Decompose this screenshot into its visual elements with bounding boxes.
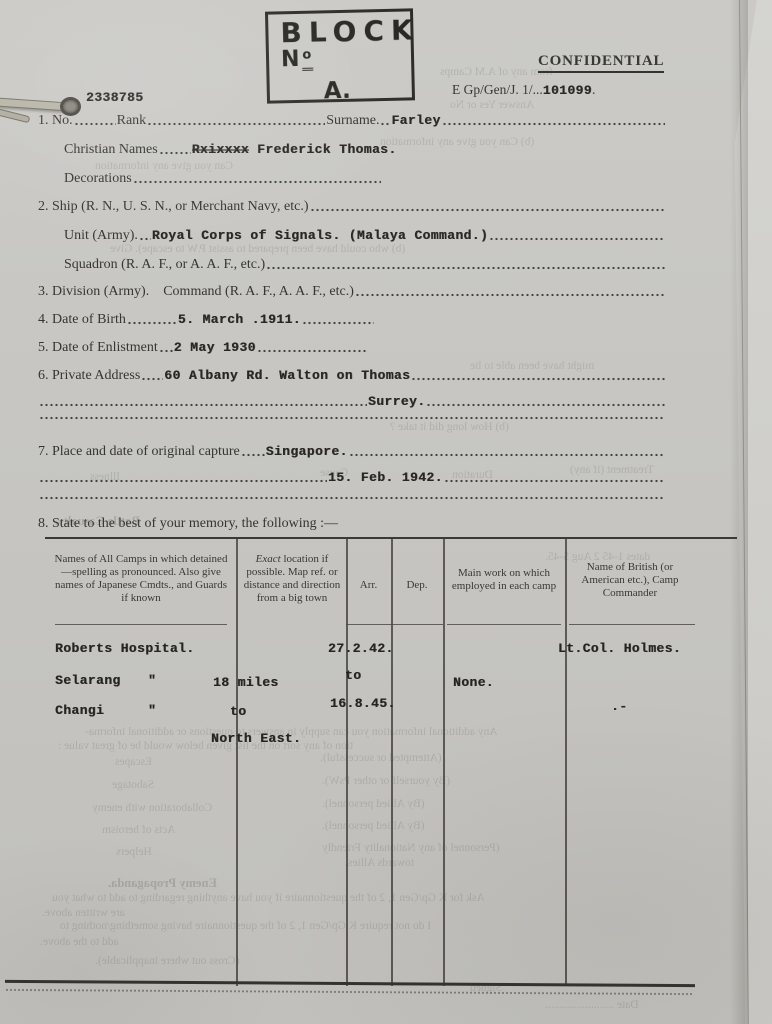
ditto-mark: " (148, 673, 156, 688)
table-column-divider (236, 539, 238, 986)
header-underline (447, 624, 561, 625)
commander-mark-entry: .- (611, 699, 627, 714)
location-entry: North East. (211, 731, 301, 746)
dotted-leader (349, 452, 665, 457)
bleed-through-text: from any of A.M Camps (440, 66, 553, 78)
dotted-leader (39, 495, 665, 500)
stamp-no-abbrev: No (281, 45, 412, 78)
bleed-through-text: Date ........................ (545, 999, 639, 1011)
form-line-name: 1. No. Rank Surname. Farley (38, 112, 666, 129)
blank-dotted-line (38, 415, 666, 423)
private-address-value: 60 Albany Rd. Walton on Thomas (164, 367, 410, 384)
file-reference: E Gp/Gen/J. 1/... 101099 . (452, 82, 595, 98)
dotted-leader (39, 478, 327, 483)
dotted-leader (141, 376, 163, 381)
date-of-birth-label: 4. Date of Birth (38, 311, 126, 328)
dotted-leader (302, 320, 374, 325)
departure-date-entry: 16.8.45. (330, 696, 396, 711)
capture-place-value: Singapore. (266, 443, 348, 460)
dotted-leader (39, 402, 367, 407)
address-county-value: Surrey. (368, 393, 425, 410)
surname-label: Surname. (326, 112, 379, 129)
dotted-leader (241, 452, 265, 457)
form-line-capture-date: 15. Feb. 1942. (38, 469, 666, 486)
dotted-leader (380, 121, 390, 126)
christian-names-label: Christian Names (64, 141, 158, 158)
capture-date-value: 15. Feb. 1942. (328, 469, 443, 486)
unit-label: Unit (Army). (64, 227, 138, 244)
confidential-marking: CONFIDENTIAL (538, 53, 664, 73)
dotted-leader (159, 348, 173, 353)
camp-name-entry: Selarang (55, 673, 121, 688)
table-header-arrived: Arr. (346, 579, 391, 592)
header-underline (569, 624, 695, 625)
dotted-leader (310, 207, 666, 212)
dotted-leader (127, 320, 177, 325)
no-label: 1. No. (38, 112, 73, 129)
table-column-divider (443, 539, 445, 986)
question-8-heading: 8. State to the best of your memory, the… (38, 515, 666, 532)
dotted-leader (442, 121, 665, 126)
location-entry: to (230, 704, 246, 719)
dotted-leader (39, 415, 665, 420)
exact-emphasis: Exact (256, 553, 281, 565)
bleed-through-text: (b) who could have been prepared to assi… (110, 243, 405, 255)
camps-table: Names of All Camps in which detained—spe… (45, 537, 737, 986)
camp-commander-entry: Lt.Col. Holmes. (558, 641, 681, 656)
division-label: 3. Division (Army). (38, 283, 149, 300)
form-line-private-address: 6. Private Address 60 Albany Rd. Walton … (38, 367, 666, 384)
service-number: 2338785 (86, 90, 143, 105)
form-line-decorations: Decorations (64, 170, 666, 187)
block-number-stamp: BLOCK No A. (265, 8, 415, 103)
blank-dotted-line (38, 495, 666, 503)
form-line-capture: 7. Place and date of original capture Si… (38, 443, 666, 460)
command-label: Command (R. A. F., A. A. F., etc.) (163, 283, 354, 300)
date-of-birth-value: 5. March .1911. (178, 311, 301, 328)
table-header-departed: Dep. (391, 579, 443, 592)
dotted-leader (426, 402, 665, 407)
table-header-commander: Name of British (or American etc.), Camp… (567, 561, 693, 600)
surname-value: Farley (391, 112, 440, 129)
form-line-ship: 2. Ship (R. N., U. S. N., or Merchant Na… (38, 198, 666, 215)
camp-name-entry: Roberts Hospital. (55, 641, 194, 656)
reference-suffix: . (592, 82, 595, 98)
form-line-date-of-birth: 4. Date of Birth 5. March .1911. (38, 311, 666, 328)
dotted-leader (444, 478, 665, 483)
reference-prefix: E Gp/Gen/J. 1/... (452, 82, 543, 98)
christian-names-struck-word: Rxixxxx (192, 141, 249, 158)
form-line-division: 3. Division (Army). Command (R. A. F., A… (38, 283, 666, 300)
dotted-leader (411, 376, 665, 381)
dotted-leader (133, 179, 381, 184)
form-line-christian-names: Christian Names Rxixxxx Frederick Thomas… (64, 141, 666, 158)
christian-names-value: Frederick Thomas. (257, 141, 396, 158)
main-work-entry: None. (453, 675, 494, 690)
table-header-main-work: Main work on which employed in each camp (447, 567, 561, 593)
rank-label: Rank (117, 112, 147, 129)
treasury-tag-string (0, 108, 30, 124)
private-address-label: 6. Private Address (38, 367, 140, 384)
decorations-label: Decorations (64, 170, 132, 187)
dotted-leader (266, 265, 665, 270)
header-underline (55, 624, 227, 625)
table-header-location: Exact location if possible. Map ref. or … (242, 553, 342, 605)
stamp-block-letter: A. (324, 77, 413, 103)
dotted-leader (355, 292, 665, 297)
squadron-label: Squadron (R. A. F., or A. A. F., etc.) (64, 256, 265, 273)
question-8-label: 8. State to the best of your memory, the… (38, 515, 338, 532)
dotted-leader (489, 236, 665, 241)
table-column-divider (565, 539, 567, 986)
form-line-address-continued: Surrey. (38, 393, 666, 410)
header-underline (391, 624, 443, 625)
dotted-leader (257, 348, 367, 353)
scanned-pow-questionnaire-page: BLOCK No A. CONFIDENTIAL E Gp/Gen/J. 1/.… (0, 0, 772, 1024)
dotted-leader (147, 121, 325, 126)
date-of-enlistment-label: 5. Date of Enlistment (38, 339, 158, 356)
table-column-divider (346, 539, 348, 986)
ditto-mark: " (148, 703, 156, 718)
bleed-through-text: Answer Yes or No (450, 99, 534, 111)
table-bottom-dotted-rule (5, 988, 693, 996)
form-line-date-of-enlistment: 5. Date of Enlistment 2 May 1930 (38, 339, 666, 356)
ship-label: 2. Ship (R. N., U. S. N., or Merchant Na… (38, 198, 309, 215)
dates-to-entry: to (345, 668, 361, 683)
dotted-leader (159, 150, 191, 155)
reference-number-typed: 101099 (543, 83, 592, 98)
capture-label: 7. Place and date of original capture (38, 443, 240, 460)
table-column-divider (391, 539, 393, 986)
dotted-leader (139, 236, 151, 241)
dotted-leader (74, 121, 116, 126)
date-of-enlistment-value: 2 May 1930 (174, 339, 256, 356)
location-entry: 18 miles (213, 675, 279, 690)
camp-name-entry: Changi (55, 703, 104, 718)
form-line-squadron: Squadron (R. A. F., or A. A. F., etc.) (64, 256, 666, 273)
unit-value: Royal Corps of Signals. (Malaya Command.… (152, 227, 488, 244)
table-header-camps: Names of All Camps in which detained—spe… (51, 553, 231, 605)
arrival-date-entry: 27.2.42. (328, 641, 394, 656)
form-line-unit: Unit (Army). Royal Corps of Signals. (Ma… (64, 227, 666, 244)
header-underline (346, 624, 391, 625)
stamp-word-block: BLOCK (280, 15, 411, 48)
